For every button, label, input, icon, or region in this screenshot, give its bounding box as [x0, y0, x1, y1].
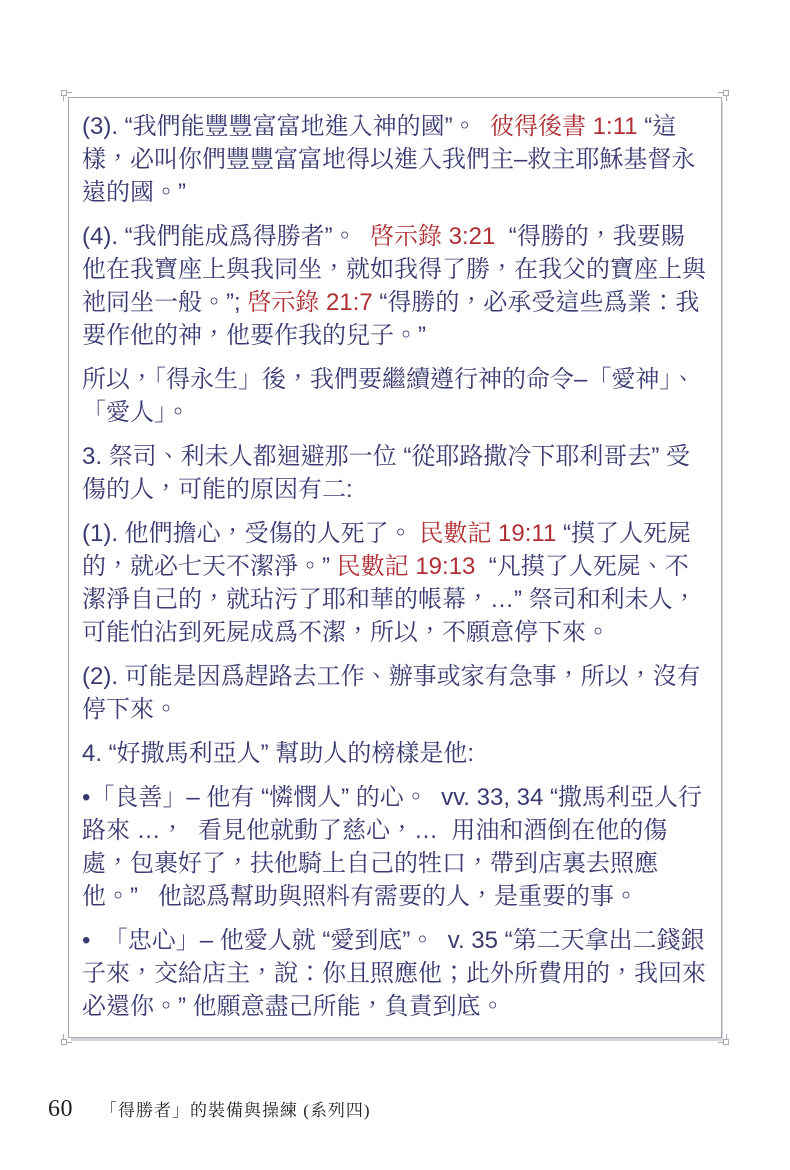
text-run: (1). 他們擔心，受傷的人死了。 — [82, 520, 419, 547]
paragraph: (2). 可能是因爲趕路去工作、辦事或家有急事，所以，沒有停下來。 — [82, 660, 708, 726]
text-run: (4). “我們能成爲得勝者”。 — [82, 223, 370, 250]
paragraph: 3. 祭司、利未人都迴避那一位 “從耶路撒冷下耶利哥去” 受傷的人，可能的原因有… — [82, 440, 708, 506]
footer: 60 「得勝者」的裝備與操練 (系列四) — [48, 1096, 371, 1123]
text-run: • 「忠心」– 他愛人就 “愛到底”。 v. 35 “第二天拿出二錢銀子來，交給… — [82, 927, 706, 1020]
page-number: 60 — [48, 1096, 73, 1123]
text-run: 所以，「得永生」後，我們要繼續遵行神的命令–「愛神」、「愛人」。 — [82, 366, 695, 426]
paragraph: • 「忠心」– 他愛人就 “愛到底”。 v. 35 “第二天拿出二錢銀子來，交給… — [82, 924, 708, 1023]
corner-ornament-top-left — [63, 92, 72, 101]
scripture-reference: 啓示錄 21:7 — [247, 289, 372, 316]
scripture-reference: 民數記 19:13 — [337, 553, 476, 580]
text-run: 3. 祭司、利未人都迴避那一位 “從耶路撒冷下耶利哥去” 受傷的人，可能的原因有… — [82, 443, 690, 503]
footer-title: 「得勝者」的裝備與操練 (系列四) — [100, 1096, 371, 1121]
paragraph: (1). 他們擔心，受傷的人死了。 民數記 19:11 “摸了人死屍的，就必七天… — [82, 517, 708, 649]
text-run: (3). “我們能豐豐富富地進入神的國”。 — [82, 113, 490, 140]
scripture-reference: 啓示錄 3:21 — [370, 223, 495, 250]
text-run: •「良善」– 他有 “憐憫人” 的心。 vv. 33, 34 “撒馬利亞人行路來… — [82, 784, 702, 910]
paragraph-list: (3). “我們能豐豐富富地進入神的國”。 彼得後書 1:11 “這樣，必叫你們… — [82, 110, 708, 1023]
paragraph: •「良善」– 他有 “憐憫人” 的心。 vv. 33, 34 “撒馬利亞人行路來… — [82, 781, 708, 913]
scripture-reference: 民數記 19:11 — [419, 520, 556, 547]
corner-ornament-bottom-right — [718, 1034, 727, 1043]
page: { "theme":{ "body-text":"#3a3a72", "refe… — [0, 0, 790, 1170]
text-frame: (3). “我們能豐豐富富地進入神的國”。 彼得後書 1:11 “這樣，必叫你們… — [68, 97, 722, 1038]
paragraph: (3). “我們能豐豐富富地進入神的國”。 彼得後書 1:11 “這樣，必叫你們… — [82, 110, 708, 209]
text-run: (2). 可能是因爲趕路去工作、辦事或家有急事，所以，沒有停下來。 — [82, 663, 701, 723]
text-run: 4. “好撒馬利亞人” 幫助人的榜樣是他: — [82, 740, 474, 767]
corner-ornament-top-right — [718, 92, 727, 101]
paragraph: 4. “好撒馬利亞人” 幫助人的榜樣是他: — [82, 737, 708, 770]
scripture-reference: 彼得後書 1:11 — [490, 113, 638, 140]
corner-ornament-bottom-left — [63, 1034, 72, 1043]
paragraph: 所以，「得永生」後，我們要繼續遵行神的命令–「愛神」、「愛人」。 — [82, 363, 708, 429]
paragraph: (4). “我們能成爲得勝者”。 啓示錄 3:21 “得勝的，我要賜他在我寶座上… — [82, 220, 708, 352]
